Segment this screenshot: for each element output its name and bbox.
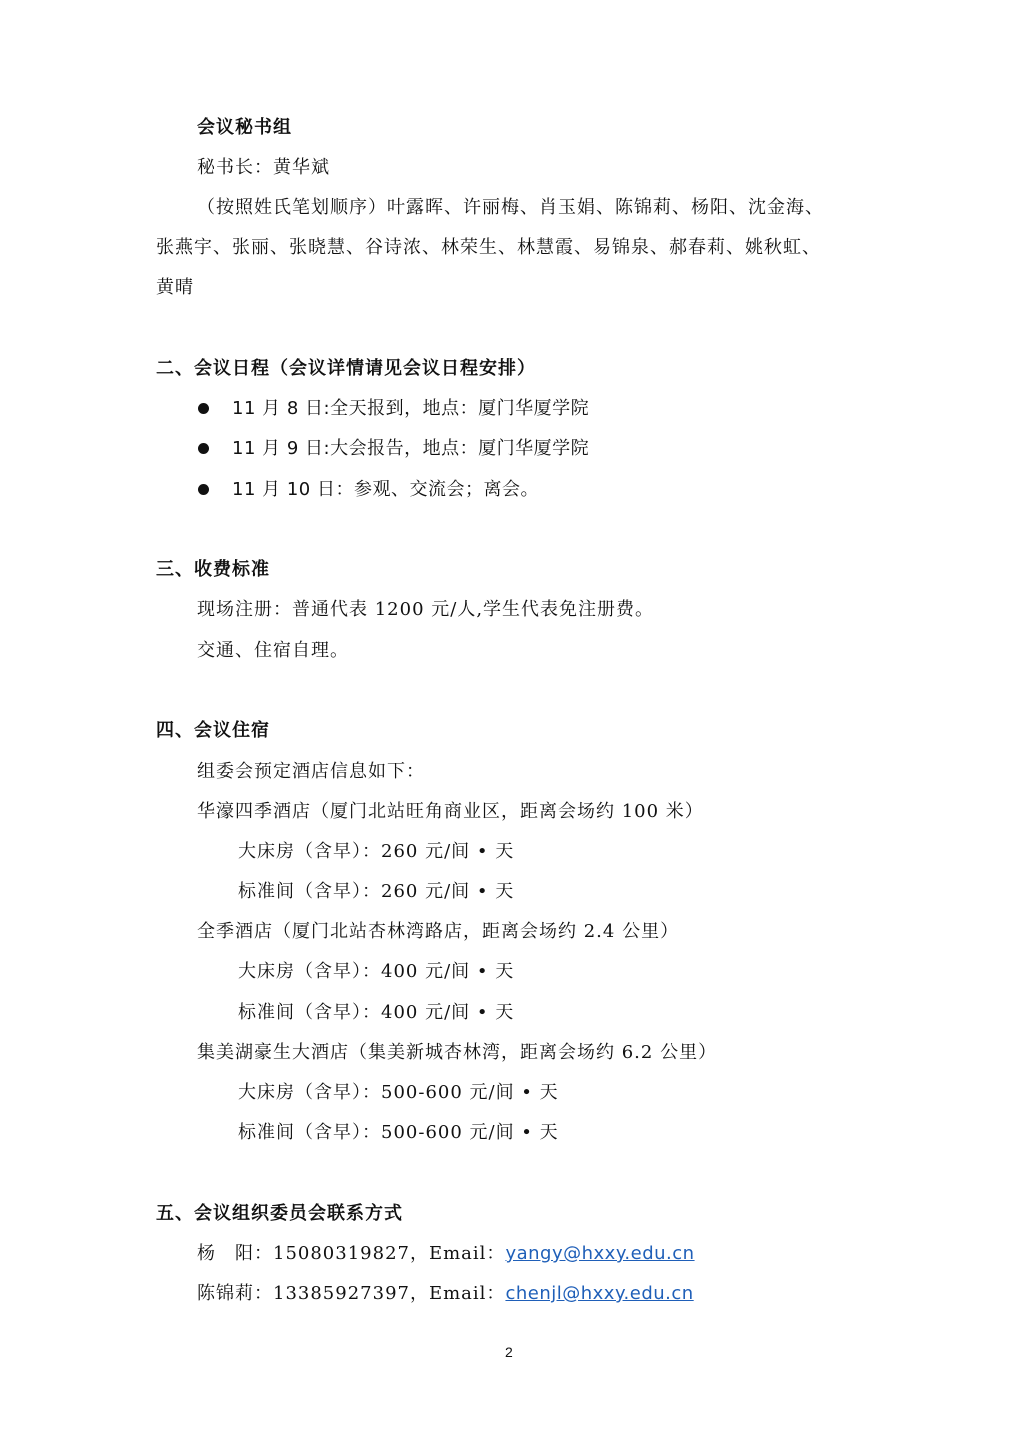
schedule-item: 11 月 8 日:全天报到，地点：厦门华厦学院 (232, 397, 589, 421)
secretariat-heading: 会议秘书组 (197, 116, 292, 140)
room-price: 标准间（含早）：400 元/间 • 天 (238, 1001, 514, 1025)
members-line-2: 张燕宇、张丽、张晓慧、谷诗浓、林荣生、林慧霞、易锦泉、郝春莉、姚秋虹、 (156, 236, 821, 260)
page-number: 2 (505, 1344, 513, 1360)
room-price: 标准间（含早）：500-600 元/间 • 天 (238, 1121, 559, 1145)
email-link[interactable]: yangy@hxxy.edu.cn (505, 1243, 694, 1264)
schedule-item: 11 月 9 日:大会报告，地点：厦门华厦学院 (232, 437, 589, 461)
schedule-item: 11 月 10 日：参观、交流会；离会。 (232, 478, 539, 502)
room-price: 标准间（含早）：260 元/间 • 天 (238, 880, 514, 904)
contact-row: 陈锦莉：13385927397，Email：chenjl@hxxy.edu.cn (197, 1282, 694, 1306)
members-line-1: （按照姓氏笔划顺序）叶露晖、许丽梅、肖玉娟、陈锦莉、杨阳、沈金海、 (197, 196, 824, 220)
email-link[interactable]: chenjl@hxxy.edu.cn (505, 1283, 693, 1304)
bullet-icon (198, 443, 209, 454)
transport-note: 交通、住宿自理。 (197, 639, 349, 663)
contact-row: 杨 阳：15080319827，Email：yangy@hxxy.edu.cn (197, 1242, 695, 1266)
hotel-name: 华濠四季酒店（厦门北站旺角商业区，距离会场约 100 米） (197, 800, 704, 824)
schedule-heading: 二、会议日程（会议详情请见会议日程安排） (156, 357, 536, 381)
contacts-heading: 五、会议组织委员会联系方式 (156, 1202, 403, 1226)
bullet-icon (198, 484, 209, 495)
contact-info: 杨 阳：15080319827，Email： (197, 1243, 505, 1264)
secretary-general: 秘书长：黄华斌 (197, 156, 330, 180)
registration-fee: 现场注册：普通代表 1200 元/人,学生代表免注册费。 (197, 598, 654, 622)
accommodation-heading: 四、会议住宿 (156, 719, 270, 743)
accommodation-intro: 组委会预定酒店信息如下： (197, 760, 425, 784)
fees-heading: 三、收费标准 (156, 558, 270, 582)
hotel-name: 集美湖豪生大酒店（集美新城杏林湾，距离会场约 6.2 公里） (197, 1041, 717, 1065)
document-page: 会议秘书组 秘书长：黄华斌 （按照姓氏笔划顺序）叶露晖、许丽梅、肖玉娟、陈锦莉、… (0, 0, 1024, 1448)
room-price: 大床房（含早）：260 元/间 • 天 (238, 840, 514, 864)
members-line-3: 黄晴 (156, 276, 194, 300)
hotel-name: 全季酒店（厦门北站杏林湾路店，距离会场约 2.4 公里） (197, 920, 679, 944)
room-price: 大床房（含早）：500-600 元/间 • 天 (238, 1081, 559, 1105)
contact-info: 陈锦莉：13385927397，Email： (197, 1283, 505, 1304)
room-price: 大床房（含早）：400 元/间 • 天 (238, 960, 514, 984)
bullet-icon (198, 403, 209, 414)
